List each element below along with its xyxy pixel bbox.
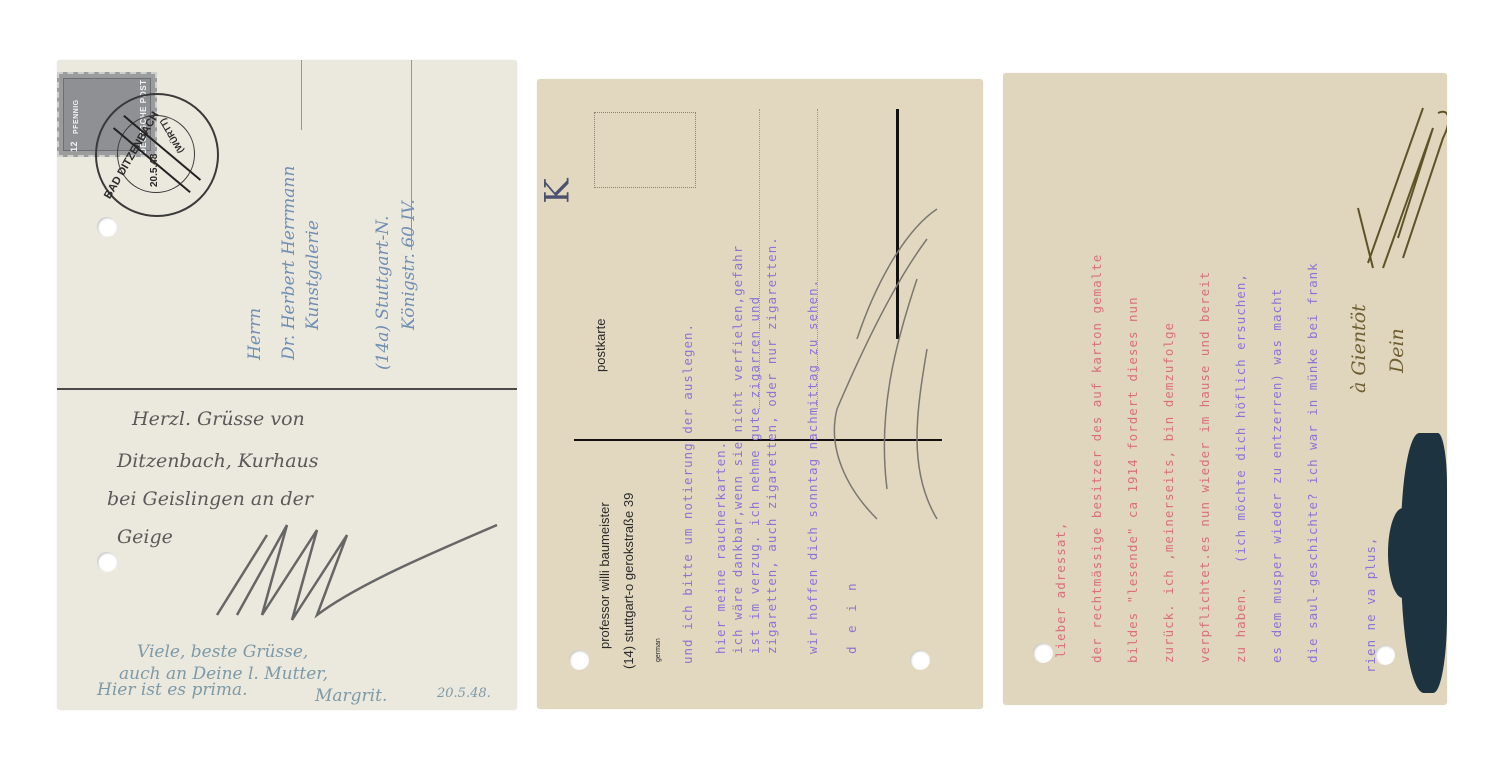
address-city: (14a) Stuttgart-N. — [373, 216, 393, 370]
signature — [817, 189, 957, 529]
tiny-label: german — [655, 638, 662, 662]
postcard-1: 12 PFENNIG DEUTSCHE POST BAD DITZENBACH … — [57, 60, 517, 710]
stamp-placeholder-box — [594, 112, 696, 188]
postmark-date: 20.5.48 — [149, 154, 160, 187]
punch-hole — [1375, 645, 1395, 665]
card-date: 20.5.48. — [437, 686, 491, 701]
pencil-line-1: Herzl. Grüsse von — [132, 408, 305, 430]
postmark: BAD DITZENBACH 20.5.48 (WÜRTT) — [95, 93, 219, 217]
footer-text: Hier ist es prima. — [97, 680, 248, 700]
punch-hole — [1033, 643, 1053, 663]
ink-line-1: Viele, beste Grüsse, — [137, 642, 308, 662]
stamp-unit: PFENNIG — [73, 99, 80, 134]
ink-line-3: Margrit. — [315, 686, 387, 706]
sender-address: (14) stuttgart-o gerokstraße 39 — [621, 493, 636, 669]
sender-name: professor willi baumeister — [597, 502, 612, 649]
typed-purple-line-3: die saul-geschichte? ich war in münke be… — [1305, 262, 1320, 663]
stamp-value: 12 — [69, 141, 79, 152]
address-street: Königstr. 60 IV. — [399, 199, 419, 330]
postkarte-label: postkarte — [593, 319, 608, 372]
punch-hole — [910, 650, 930, 670]
postcard-2: K postkarte professor willi baumeister (… — [537, 79, 983, 709]
typed-red-line-3: bildes "lesende" ca 1914 fordert dieses … — [1125, 296, 1140, 663]
pencil-line-4: Geige — [117, 526, 173, 548]
handwritten-closing: Dein — [1386, 328, 1408, 373]
divider-line — [57, 388, 517, 390]
handwritten-mark: K — [538, 178, 578, 203]
typed-line-5: zigaretten, auch zigaretten, oder nur zi… — [764, 236, 779, 654]
typed-purple-line-2: es dem musper wieder zu entzerren) was m… — [1269, 288, 1284, 663]
pencil-line-2: Ditzenbach, Kurhaus — [117, 450, 319, 472]
signature — [1343, 98, 1447, 278]
typed-red-line-6: zu haben. — [1233, 586, 1248, 663]
postcard-3: lieber adressat, der rechtmässige besitz… — [1003, 73, 1447, 705]
punch-hole — [97, 552, 117, 572]
punch-hole — [97, 217, 117, 237]
typed-red-line-4: zurück. ich ,meinerseits, bin demzufolge — [1161, 322, 1176, 663]
address-salutation: Herrn — [245, 308, 265, 360]
pencil-signature — [207, 515, 507, 635]
typed-red-line-1: lieber adressat, — [1053, 522, 1068, 658]
typed-line-2: hier meine raucherkarten. — [713, 441, 728, 654]
punch-hole — [569, 650, 589, 670]
typed-line-1: und ich bitte um notierung der auslegen. — [680, 323, 695, 664]
handwritten-dedication: à Gientöt — [1348, 304, 1370, 393]
typed-closing: d e i n — [844, 580, 859, 654]
address-company: Kunstgalerie — [303, 220, 323, 330]
typed-purple-line-1: (ich möchte dich höflich ersuchen, — [1233, 273, 1248, 563]
pencil-line-3: bei Geislingen an der — [107, 488, 313, 510]
address-name: Dr. Herbert Herrmann — [279, 166, 299, 360]
typed-line-3: ich wäre dankbar,wenn sie nicht verfiele… — [730, 245, 745, 654]
typed-red-line-5: verpflichtet.es nun wieder im hause und … — [1197, 271, 1212, 663]
typed-red-line-2: der rechtmässige besitzer des auf karton… — [1089, 254, 1104, 663]
